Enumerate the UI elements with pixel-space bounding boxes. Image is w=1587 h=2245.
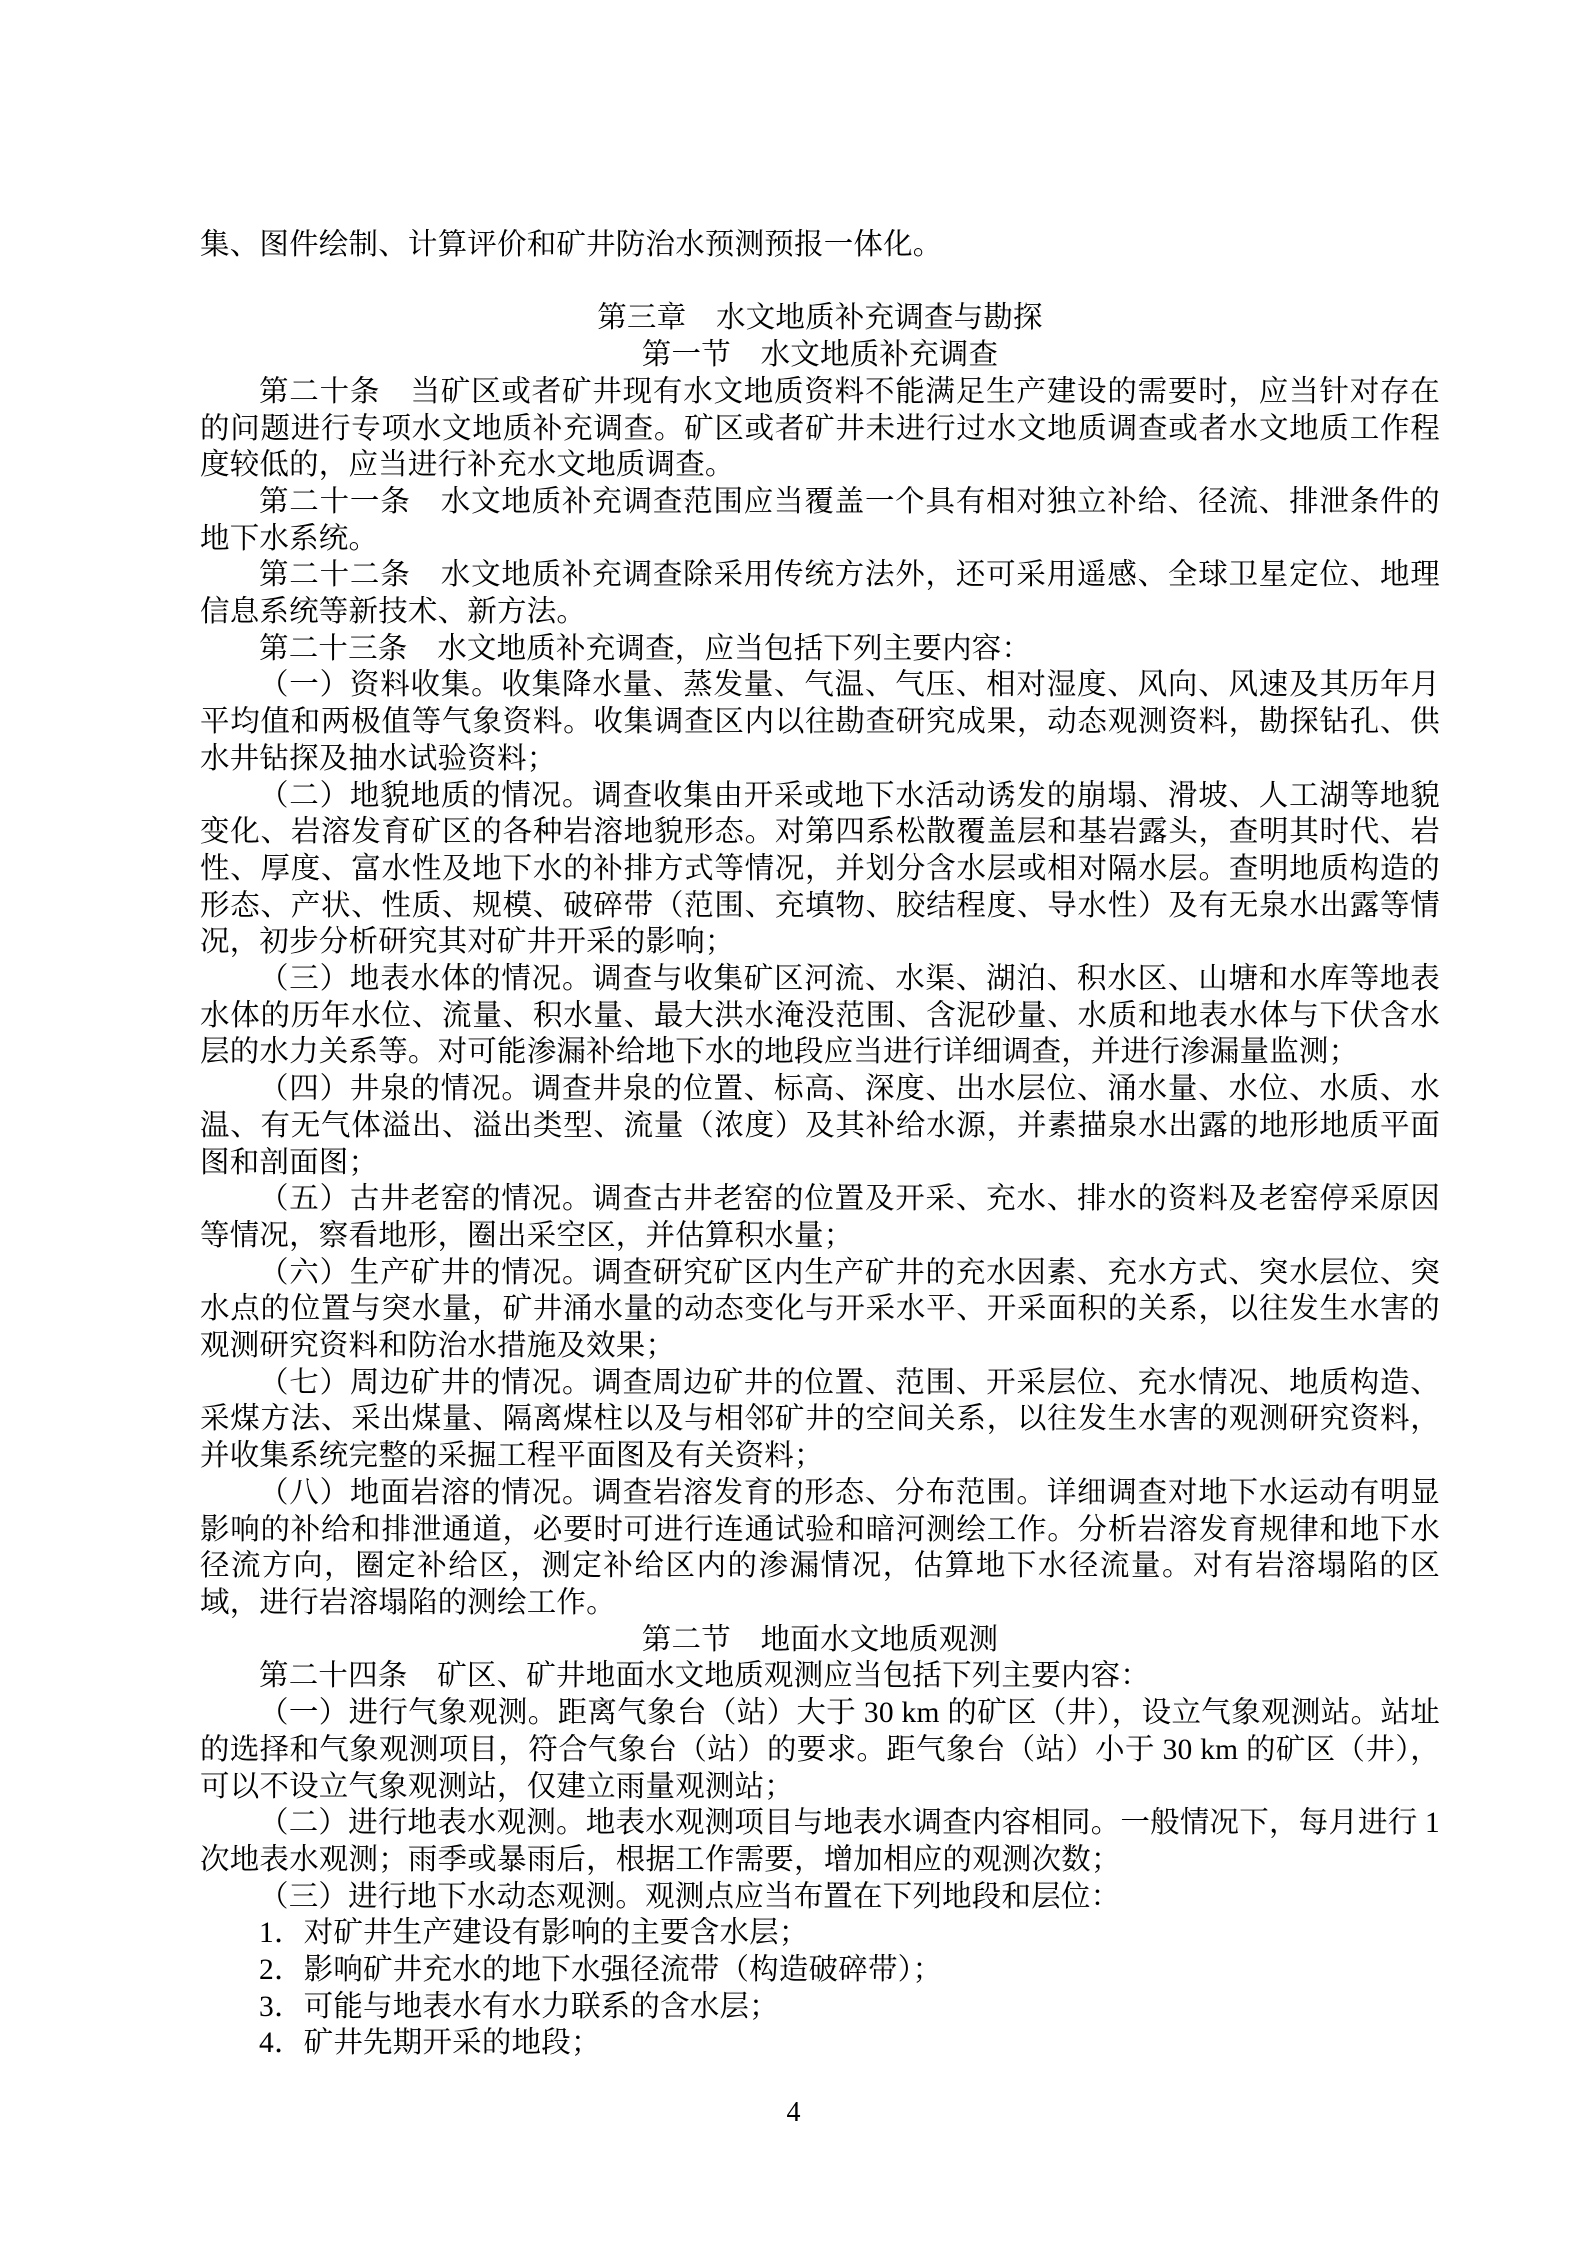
paragraph: （四）井泉的情况。调查井泉的位置、标高、深度、出水层位、涌水量、水位、水质、水温… — [200, 1071, 1440, 1181]
blank-line — [200, 264, 1440, 301]
paragraph: （七）周边矿井的情况。调查周边矿井的位置、范围、开采层位、充水情况、地质构造、采… — [200, 1365, 1440, 1475]
continuation-paragraph: 集、图件绘制、计算评价和矿井防治水预测预报一体化。 — [200, 227, 1440, 264]
section-heading: 第二节 地面水文地质观测 — [200, 1622, 1440, 1659]
chapter-heading: 第三章 水文地质补充调查与勘探 — [200, 300, 1440, 337]
paragraph: （一）资料收集。收集降水量、蒸发量、气温、气压、相对湿度、风向、风速及其历年月平… — [200, 667, 1440, 777]
document-page: 集、图件绘制、计算评价和矿井防治水预测预报一体化。第三章 水文地质补充调查与勘探… — [0, 0, 1587, 2245]
paragraph: 第二十条 当矿区或者矿井现有水文地质资料不能满足生产建设的需要时，应当针对存在的… — [200, 374, 1440, 484]
paragraph: （三）地表水体的情况。调查与收集矿区河流、水渠、湖泊、积水区、山塘和水库等地表水… — [200, 961, 1440, 1071]
paragraph: 第二十四条 矿区、矿井地面水文地质观测应当包括下列主要内容： — [200, 1658, 1440, 1695]
paragraph: （二）进行地表水观测。地表水观测项目与地表水调查内容相同。一般情况下，每月进行 … — [200, 1805, 1440, 1878]
numbered-item: 3．可能与地表水有水力联系的含水层； — [200, 1989, 1440, 2026]
paragraph: 第二十二条 水文地质补充调查除采用传统方法外，还可采用遥感、全球卫星定位、地理信… — [200, 557, 1440, 630]
page-footer: 4 — [0, 2096, 1587, 2130]
numbered-item: 2．影响矿井充水的地下水强径流带（构造破碎带）； — [200, 1952, 1440, 1989]
paragraph: （三）进行地下水动态观测。观测点应当布置在下列地段和层位： — [200, 1879, 1440, 1916]
paragraph: （八）地面岩溶的情况。调查岩溶发育的形态、分布范围。详细调查对地下水运动有明显影… — [200, 1475, 1440, 1622]
numbered-item: 1．对矿井生产建设有影响的主要含水层； — [200, 1915, 1440, 1952]
paragraph: （二）地貌地质的情况。调查收集由开采或地下水活动诱发的崩塌、滑坡、人工湖等地貌变… — [200, 778, 1440, 962]
paragraph: 第二十一条 水文地质补充调查范围应当覆盖一个具有相对独立补给、径流、排泄条件的地… — [200, 484, 1440, 557]
page-number: 4 — [787, 2097, 801, 2128]
numbered-item: 4．矿井先期开采的地段； — [200, 2025, 1440, 2062]
text-body: 集、图件绘制、计算评价和矿井防治水预测预报一体化。第三章 水文地质补充调查与勘探… — [200, 227, 1440, 2062]
section-heading: 第一节 水文地质补充调查 — [200, 337, 1440, 374]
paragraph: （一）进行气象观测。距离气象台（站）大于 30 km 的矿区（井），设立气象观测… — [200, 1695, 1440, 1805]
paragraph: （五）古井老窑的情况。调查古井老窑的位置及开采、充水、排水的资料及老窑停采原因等… — [200, 1181, 1440, 1254]
paragraph: 第二十三条 水文地质补充调查，应当包括下列主要内容： — [200, 631, 1440, 668]
paragraph: （六）生产矿井的情况。调查研究矿区内生产矿井的充水因素、充水方式、突水层位、突水… — [200, 1255, 1440, 1365]
